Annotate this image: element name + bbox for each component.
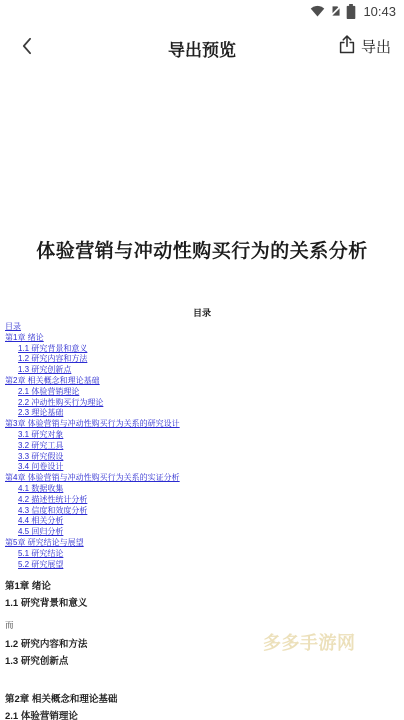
toc-link[interactable]: 4.2 描述性统计分析 (18, 495, 87, 504)
toc-item: 3.3 研究假设 (5, 452, 399, 463)
toc-link[interactable]: 3.3 研究假设 (18, 452, 63, 461)
toc-item: 目录 (5, 322, 399, 333)
toc-link[interactable]: 1.3 研究创新点 (18, 365, 71, 374)
document-title: 体验营销与冲动性购买行为的关系分析 (0, 236, 404, 263)
toc-item: 3.2 研究工具 (5, 441, 399, 452)
toc-item: 5.1 研究结论 (5, 549, 399, 560)
toc-link[interactable]: 第3章 体验营销与冲动性购买行为关系的研究设计 (5, 419, 180, 428)
battery-icon (346, 4, 356, 19)
share-icon (339, 35, 355, 57)
toc-link[interactable]: 4.4 相关分析 (18, 516, 63, 525)
toc-link[interactable]: 1.1 研究背景和意义 (18, 344, 87, 353)
document-body: 第1章 绪论1.1 研究背景和意义而1.2 研究内容和方法1.3 研究创新点第2… (5, 581, 399, 720)
toc-link[interactable]: 3.4 问卷设计 (18, 462, 63, 471)
export-button[interactable]: 导出 (339, 35, 391, 57)
wifi-icon (310, 4, 325, 18)
toc-link[interactable]: 3.2 研究工具 (18, 441, 63, 450)
toc-heading: 目录 (0, 306, 404, 319)
toc-item: 4.1 数据收集 (5, 484, 399, 495)
toc-item: 1.2 研究内容和方法 (5, 354, 399, 365)
status-bar: 10:43 (0, 0, 404, 22)
toc-list: 目录第1章 绪论1.1 研究背景和意义1.2 研究内容和方法1.3 研究创新点第… (5, 322, 399, 570)
toc-link[interactable]: 第5章 研究结论与展望 (5, 538, 84, 547)
toc-item: 第2章 相关概念和理论基础 (5, 376, 399, 387)
toc-link[interactable]: 4.3 信度和效度分析 (18, 506, 87, 515)
toc-link[interactable]: 2.1 体验营销理论 (18, 387, 79, 396)
body-line: 1.1 研究背景和意义 (5, 598, 399, 610)
nav-bar: 导出预览 导出 (0, 30, 404, 64)
toc-link[interactable]: 2.3 理论基础 (18, 408, 63, 417)
body-line: 1.3 研究创新点 (5, 656, 399, 668)
toc-item: 第1章 绪论 (5, 333, 399, 344)
toc-link[interactable]: 4.1 数据收集 (18, 484, 63, 493)
toc-item: 2.3 理论基础 (5, 408, 399, 419)
toc-item: 第5章 研究结论与展望 (5, 538, 399, 549)
toc-link[interactable]: 第2章 相关概念和理论基础 (5, 376, 100, 385)
clock-text: 10:43 (363, 4, 396, 19)
toc-link[interactable]: 目录 (5, 322, 21, 331)
toc-item: 2.2 冲动性购买行为理论 (5, 398, 399, 409)
toc-item: 第3章 体验营销与冲动性购买行为关系的研究设计 (5, 419, 399, 430)
toc-item: 4.3 信度和效度分析 (5, 506, 399, 517)
toc-link[interactable]: 4.5 回归分析 (18, 527, 63, 536)
toc-item: 4.4 相关分析 (5, 516, 399, 527)
body-line: 第1章 绪论 (5, 581, 399, 593)
no-sim-icon (329, 4, 342, 18)
toc-item: 3.4 问卷设计 (5, 462, 399, 473)
toc-item: 1.3 研究创新点 (5, 365, 399, 376)
toc-link[interactable]: 第1章 绪论 (5, 333, 44, 342)
toc-link[interactable]: 1.2 研究内容和方法 (18, 354, 87, 363)
toc-link[interactable]: 5.2 研究展望 (18, 560, 63, 569)
toc-item: 5.2 研究展望 (5, 560, 399, 571)
toc-link[interactable]: 2.2 冲动性购买行为理论 (18, 398, 103, 407)
app-screen: 10:43 导出预览 导出 体验营销与冲动性购买行为的关系分析 目录 目录 (0, 0, 404, 720)
body-line: 第2章 相关概念和理论基础 (5, 694, 399, 706)
body-line: 1.2 研究内容和方法 (5, 639, 399, 651)
body-line: 2.1 体验营销理论 (5, 711, 399, 720)
export-label: 导出 (361, 36, 391, 57)
toc-link[interactable]: 5.1 研究结论 (18, 549, 63, 558)
toc-item: 3.1 研究对象 (5, 430, 399, 441)
toc-item: 4.2 描述性统计分析 (5, 495, 399, 506)
toc-item: 2.1 体验营销理论 (5, 387, 399, 398)
toc-link[interactable]: 第4章 体验营销与冲动性购买行为关系的实证分析 (5, 473, 180, 482)
document-preview[interactable]: 体验营销与冲动性购买行为的关系分析 目录 目录第1章 绪论1.1 研究背景和意义… (0, 64, 404, 720)
toc-item: 1.1 研究背景和意义 (5, 344, 399, 355)
toc-item: 第4章 体验营销与冲动性购买行为关系的实证分析 (5, 473, 399, 484)
body-line: 而 (5, 619, 399, 631)
toc-item: 4.5 回归分析 (5, 527, 399, 538)
toc-link[interactable]: 3.1 研究对象 (18, 430, 63, 439)
